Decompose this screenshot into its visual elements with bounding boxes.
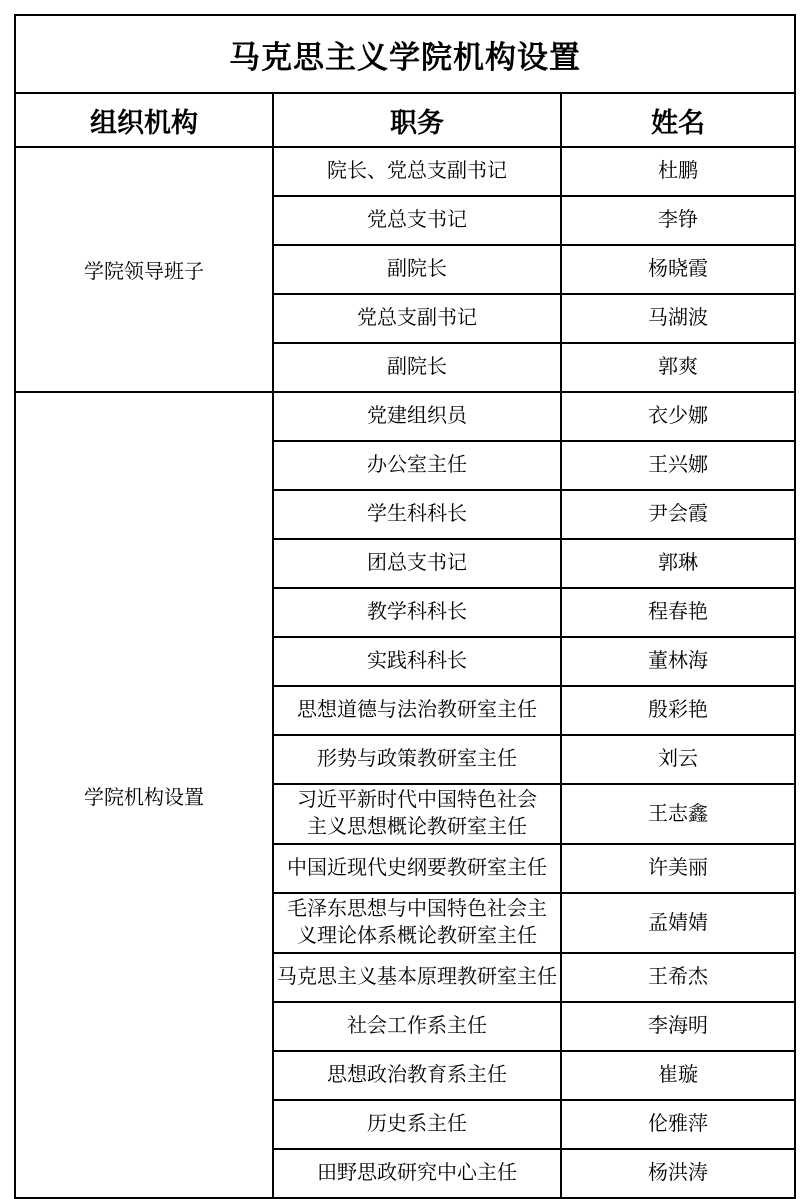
- group-cell: 学院机构设置: [15, 392, 273, 1198]
- table-row: 学院机构设置党建组织员衣少娜: [15, 392, 795, 441]
- name-cell: 李铮: [561, 196, 795, 245]
- group-cell: 学院领导班子: [15, 147, 273, 392]
- position-cell: 办公室主任: [273, 441, 561, 490]
- table-body: 学院领导班子院长、党总支副书记杜鹏党总支书记李铮副院长杨晓霞党总支副书记马湖波副…: [15, 147, 795, 1198]
- column-header-name: 姓名: [561, 93, 795, 147]
- position-cell: 党总支书记: [273, 196, 561, 245]
- position-cell: 教学科科长: [273, 588, 561, 637]
- document-page: 马克思主义学院机构设置 组织机构 职务 姓名 学院领导班子院长、党总支副书记杜鹏…: [0, 0, 808, 1172]
- position-cell: 院长、党总支副书记: [273, 147, 561, 196]
- name-cell: 孟婧婧: [561, 893, 795, 953]
- position-cell: 习近平新时代中国特色社会 主义思想概论教研室主任: [273, 784, 561, 844]
- position-cell: 毛泽东思想与中国特色社会主 义理论体系概论教研室主任: [273, 893, 561, 953]
- position-cell: 思想政治教育系主任: [273, 1051, 561, 1100]
- position-cell: 田野思政研究中心主任: [273, 1149, 561, 1198]
- position-cell: 形势与政策教研室主任: [273, 735, 561, 784]
- title-row: 马克思主义学院机构设置: [15, 15, 795, 93]
- position-cell: 中国近现代史纲要教研室主任: [273, 844, 561, 893]
- table-title: 马克思主义学院机构设置: [15, 15, 795, 93]
- name-cell: 马湖波: [561, 294, 795, 343]
- position-cell: 副院长: [273, 343, 561, 392]
- name-cell: 杨洪涛: [561, 1149, 795, 1198]
- name-cell: 衣少娜: [561, 392, 795, 441]
- position-cell: 团总支书记: [273, 539, 561, 588]
- position-cell: 副院长: [273, 245, 561, 294]
- name-cell: 李海明: [561, 1002, 795, 1051]
- position-cell: 思想道德与法治教研室主任: [273, 686, 561, 735]
- name-cell: 董林海: [561, 637, 795, 686]
- name-cell: 崔璇: [561, 1051, 795, 1100]
- name-cell: 伦雅萍: [561, 1100, 795, 1149]
- table-row: 学院领导班子院长、党总支副书记杜鹏: [15, 147, 795, 196]
- name-cell: 郭爽: [561, 343, 795, 392]
- column-header-organization: 组织机构: [15, 93, 273, 147]
- header-row: 组织机构 职务 姓名: [15, 93, 795, 147]
- column-header-position: 职务: [273, 93, 561, 147]
- name-cell: 尹会霞: [561, 490, 795, 539]
- position-cell: 党总支副书记: [273, 294, 561, 343]
- name-cell: 王希杰: [561, 953, 795, 1002]
- name-cell: 杜鹏: [561, 147, 795, 196]
- name-cell: 郭琳: [561, 539, 795, 588]
- position-cell: 学生科科长: [273, 490, 561, 539]
- position-cell: 实践科科长: [273, 637, 561, 686]
- name-cell: 王志鑫: [561, 784, 795, 844]
- position-cell: 党建组织员: [273, 392, 561, 441]
- name-cell: 殷彩艳: [561, 686, 795, 735]
- name-cell: 刘云: [561, 735, 795, 784]
- org-structure-table: 马克思主义学院机构设置 组织机构 职务 姓名 学院领导班子院长、党总支副书记杜鹏…: [14, 14, 796, 1199]
- name-cell: 王兴娜: [561, 441, 795, 490]
- name-cell: 许美丽: [561, 844, 795, 893]
- position-cell: 马克思主义基本原理教研室主任: [273, 953, 561, 1002]
- position-cell: 社会工作系主任: [273, 1002, 561, 1051]
- position-cell: 历史系主任: [273, 1100, 561, 1149]
- name-cell: 杨晓霞: [561, 245, 795, 294]
- name-cell: 程春艳: [561, 588, 795, 637]
